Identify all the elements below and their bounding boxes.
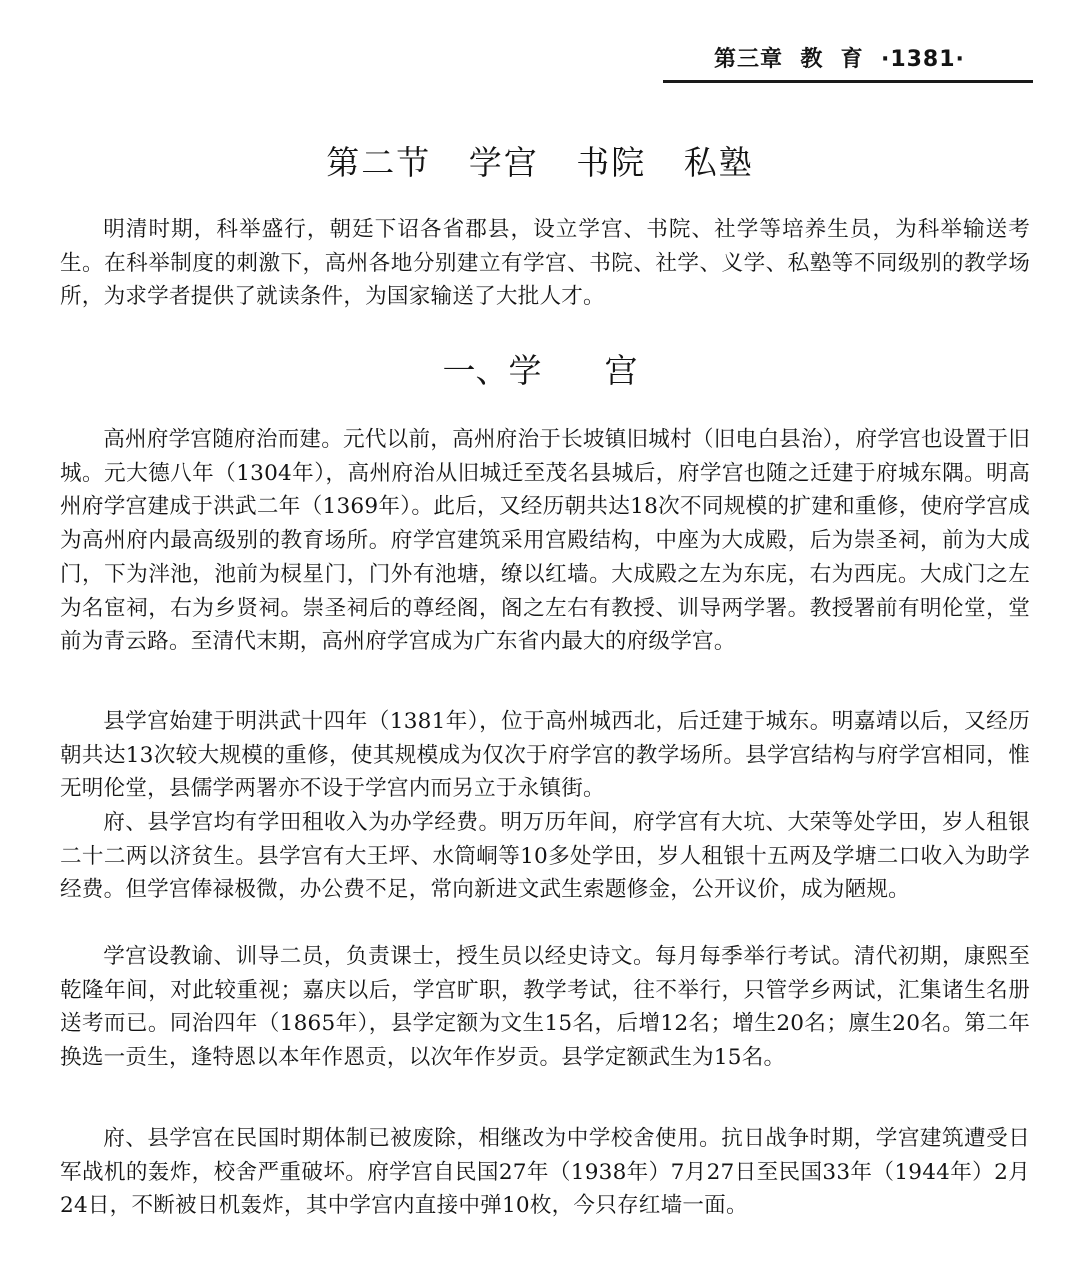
body-paragraph: 府、县学宫在民国时期体制已被废除，相继改为中学校舍使用。抗日战争时期，学宫建筑遭… (60, 1122, 1030, 1223)
header-rule (663, 80, 1033, 83)
intro-paragraph: 明清时期，科举盛行，朝廷下诏各省郡县，设立学宫、书院、社学等培养生员，为科举输送… (60, 213, 1030, 314)
body-paragraph: 学宫设教谕、训导二员，负责课士，授生员以经史诗文。每月每季举行考试。清代初期，康… (60, 940, 1030, 1075)
subsection-title: 一、学 宫 (0, 345, 1080, 392)
body-paragraph: 县学宫始建于明洪武十四年（1381年），位于高州城西北，后迁建于城东。明嘉靖以后… (60, 705, 1030, 806)
body-paragraph: 高州府学宫随府治而建。元代以前，高州府治于长坡镇旧城村（旧电白县治），府学宫也设… (60, 423, 1030, 659)
body-paragraph: 府、县学宫均有学田租收入为办学经费。明万历年间，府学宫有大坑、大荣等处学田，岁人… (60, 806, 1030, 907)
running-head: 第三章 教 育 ·1381· (714, 42, 965, 73)
section-title: 第二节 学宫 书院 私塾 (0, 137, 1080, 184)
